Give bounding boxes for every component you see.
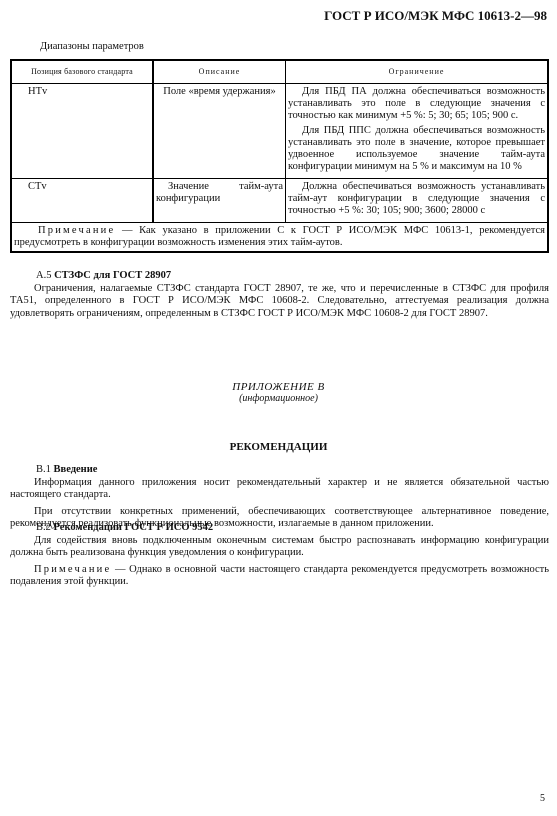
cell-position: CTv (11, 179, 153, 223)
appendix-subtitle: (информационное) (0, 393, 557, 406)
section-number: А.5 (36, 270, 51, 281)
section-heading: А.5 СТЗФС для ГОСТ 28907 (10, 270, 549, 283)
position-value: HTv (14, 86, 150, 98)
section-b1: В.1 Введение Информация данного приложен… (10, 464, 549, 531)
constraint-paragraph: Для ПБД ПА должна обеспечиваться возможн… (288, 86, 545, 122)
table-note: Примечание — Как указано в приложении С … (11, 223, 548, 253)
section-heading: В.2 Рекомендации ГОСТ Р ИСО 9542 (10, 522, 549, 535)
section-note: Примечание — Однако в основной части нас… (10, 564, 549, 589)
section-paragraph: Информация данного приложения носит реко… (10, 477, 549, 502)
note-label: Примечание (38, 225, 115, 236)
constraint-paragraph: Для ПБД ППС должна обеспечиваться возмож… (288, 125, 545, 173)
section-title: СТЗФС для ГОСТ 28907 (54, 270, 171, 281)
table-header-row: Позиция базового стандарта Описание Огра… (11, 60, 548, 84)
section-title: Введение (54, 464, 98, 475)
column-header-position: Позиция базового стандарта (11, 60, 153, 84)
table-caption: Диапазоны параметров (40, 41, 144, 54)
section-b2: В.2 Рекомендации ГОСТ Р ИСО 9542 Для сод… (10, 522, 549, 589)
cell-constraint: Для ПБД ПА должна обеспечиваться возможн… (286, 84, 549, 179)
section-paragraph: Для содействия вновь подключенным оконеч… (10, 535, 549, 560)
section-title: Рекомендации ГОСТ Р ИСО 9542 (54, 522, 214, 533)
section-paragraph: Ограничения, налагаемые СТЗФС стандарта … (10, 283, 549, 321)
running-header-title: ГОСТ Р ИСО/МЭК МФС 10613-2—98 (324, 10, 547, 23)
page-number: 5 (540, 793, 545, 806)
constraint-paragraph: Должна обеспечиваться возможность устана… (288, 181, 545, 217)
cell-position: HTv (11, 84, 153, 179)
cell-description: Поле «время удержания» (153, 84, 286, 179)
description-text: Значение тайм-аута конфигурации (156, 181, 283, 205)
section-number: В.2 (36, 522, 51, 533)
table-row: CTv Значение тайм-аута конфигурации Долж… (11, 179, 548, 223)
appendix-heading: РЕКОМЕНДАЦИИ (0, 441, 557, 454)
parameter-ranges-table: Позиция базового стандарта Описание Огра… (10, 59, 549, 253)
cell-constraint: Должна обеспечиваться возможность устана… (286, 179, 549, 223)
table-row: HTv Поле «время удержания» Для ПБД ПА до… (11, 84, 548, 179)
section-number: В.1 (36, 464, 51, 475)
column-header-constraint: Ограничение (286, 60, 549, 84)
note-label: Примечание (34, 564, 111, 575)
column-header-description: Описание (153, 60, 286, 84)
appendix-title: ПРИЛОЖЕНИЕ В (0, 381, 557, 394)
section-heading: В.1 Введение (10, 464, 549, 477)
cell-description: Значение тайм-аута конфигурации (153, 179, 286, 223)
position-value: CTv (14, 181, 150, 193)
section-a5: А.5 СТЗФС для ГОСТ 28907 Ограничения, на… (10, 270, 549, 320)
table-note-row: Примечание — Как указано в приложении С … (11, 223, 548, 253)
